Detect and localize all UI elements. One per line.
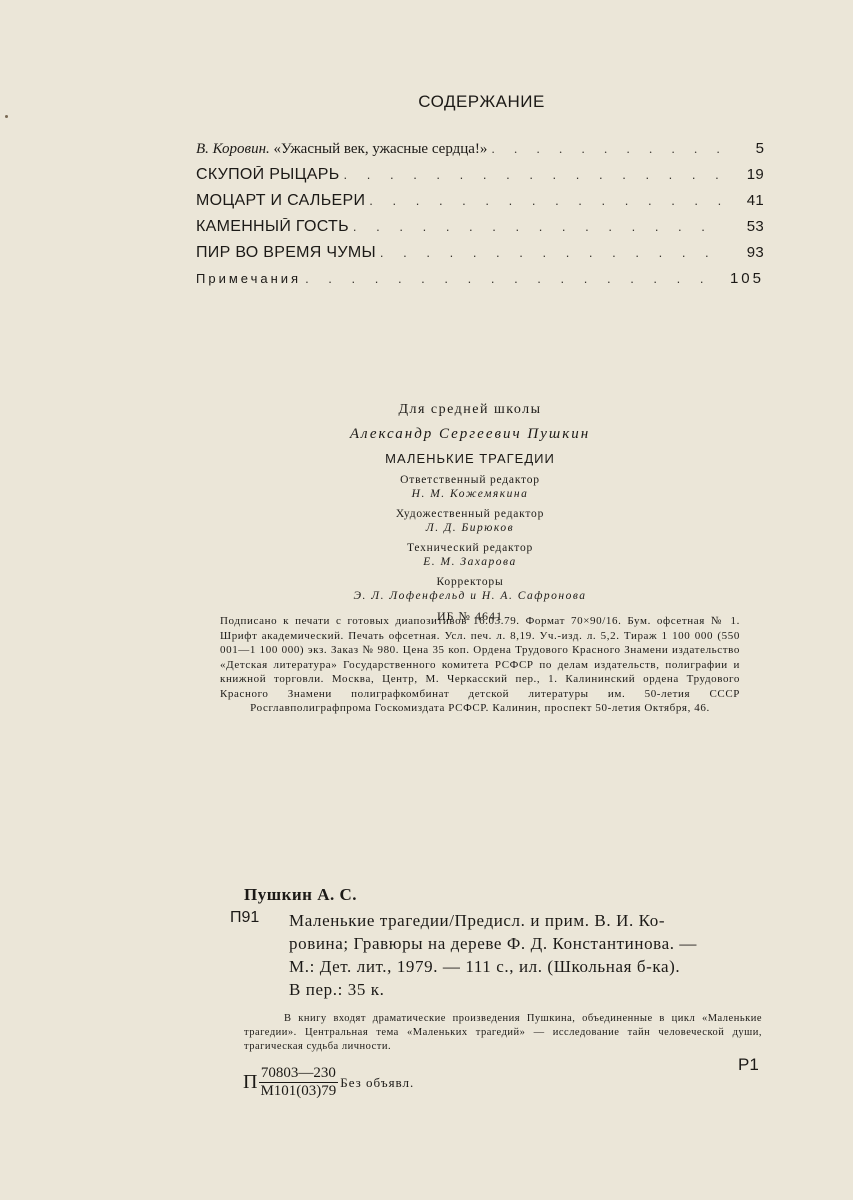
- card-index: П91: [230, 909, 259, 927]
- code-prefix: П: [243, 1071, 257, 1094]
- card-description: Маленькие трагедии/Предисл. и прим. В. И…: [289, 909, 759, 1001]
- catalog-card: Пушкин А. С. П91 Маленькие трагедии/Пред…: [0, 0, 853, 1200]
- code-note: Без объявл.: [340, 1075, 414, 1091]
- book-page: СОДЕРЖАНИЕ В. Коровин. «Ужасный век, ужа…: [0, 0, 853, 1200]
- card-author: Пушкин А. С.: [244, 885, 357, 905]
- classification-code: Р1: [738, 1055, 759, 1075]
- card-line: ровина; Гравюры на дереве Ф. Д. Констант…: [289, 932, 759, 955]
- code-numerator: 70803—230: [259, 1065, 338, 1083]
- card-line: Маленькие трагедии/Предисл. и прим. В. И…: [289, 909, 759, 932]
- card-line: М.: Дет. лит., 1979. — 111 с., ил. (Школ…: [289, 955, 759, 978]
- code-fraction: 70803—230 М101(03)79: [258, 1065, 338, 1100]
- publication-code: П 70803—230 М101(03)79 Без объявл.: [243, 1065, 414, 1100]
- card-price: В пер.: 35 к.: [289, 978, 759, 1001]
- code-denominator: М101(03)79: [258, 1083, 338, 1100]
- card-annotation: В книгу входят драматические произведени…: [244, 1012, 762, 1054]
